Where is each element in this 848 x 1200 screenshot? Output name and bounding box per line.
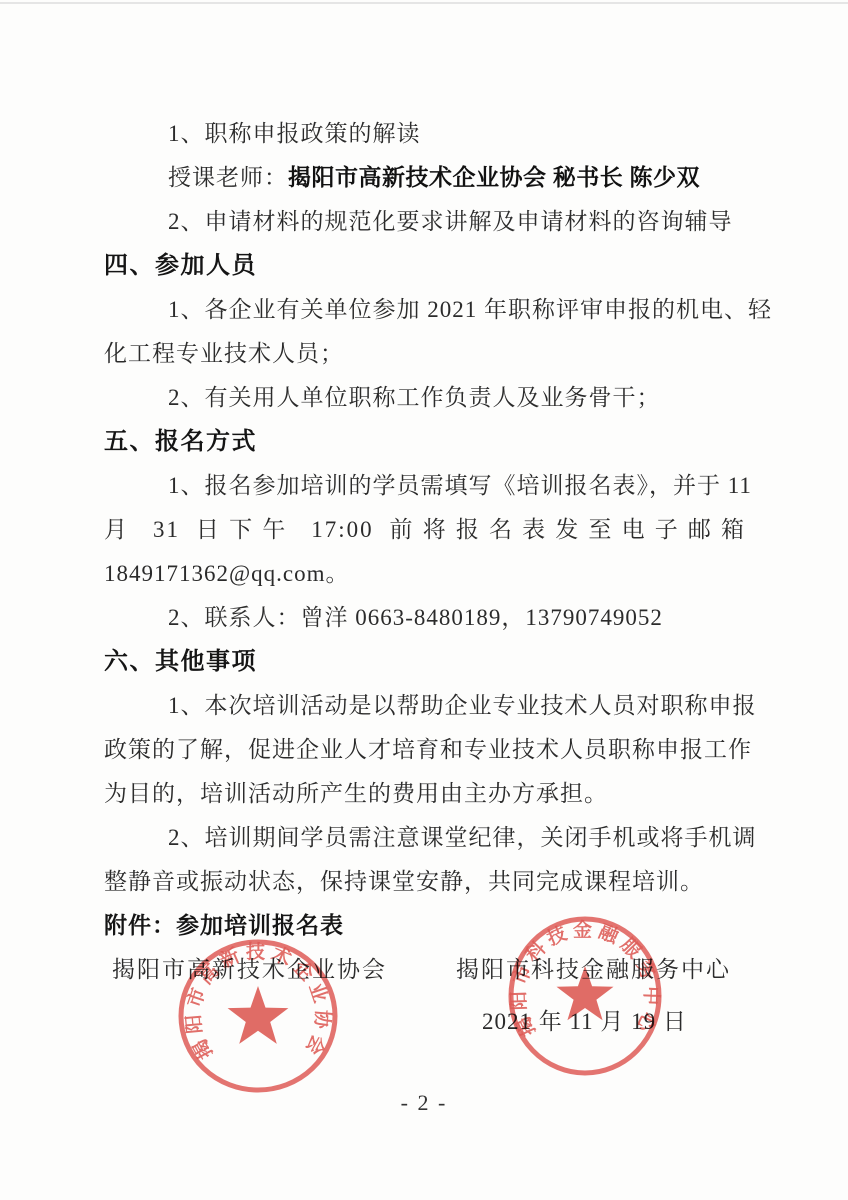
other-p1-line2: 政策的了解，促进企业人才培育和专业技术人员职称申报工作	[104, 728, 746, 772]
course-item-2: 2、申请材料的规范化要求讲解及申请材料的咨询辅导	[104, 200, 746, 244]
other-p1-line1: 1、本次培训活动是以帮助企业专业技术人员对职称申报	[104, 684, 746, 728]
section-heading-registration: 五、报名方式	[104, 420, 746, 464]
course-item-1: 1、职称申报政策的解读	[104, 112, 746, 156]
registration-p1-line2: 月 31 日下午 17:00 前将报名表发至电子邮箱	[104, 508, 746, 552]
section-heading-participants: 四、参加人员	[104, 244, 746, 288]
participants-p1-line1: 1、各企业有关单位参加 2021 年职称评审申报的机电、轻	[104, 288, 746, 332]
other-p2-line1: 2、培训期间学员需注意课堂纪律，关闭手机或将手机调	[104, 816, 746, 860]
page-number: - 2 -	[0, 1090, 848, 1116]
star-icon	[228, 986, 289, 1044]
other-p2-line2: 整静音或振动状态，保持课堂安静，共同完成课程培训。	[104, 860, 746, 904]
section-heading-other: 六、其他事项	[104, 640, 746, 684]
participants-p2: 2、有关用人单位职称工作负责人及业务骨干；	[104, 376, 746, 420]
document-body: 1、职称申报政策的解读 授课老师：揭阳市高新技术企业协会 秘书长 陈少双 2、申…	[104, 112, 746, 1044]
registration-contact-line: 2、联系人：曾洋 0663-8480189，13790749052	[104, 596, 746, 640]
teacher-line: 授课老师：揭阳市高新技术企业协会 秘书长 陈少双	[104, 156, 746, 200]
star-icon	[557, 966, 614, 1020]
registration-email-line: 1849171362@qq.com。	[104, 552, 746, 596]
registration-p1-line1: 1、报名参加培训的学员需填写《培训报名表》，并于 11	[104, 464, 746, 508]
scanned-document-page: 1、职称申报政策的解读 授课老师：揭阳市高新技术企业协会 秘书长 陈少双 2、申…	[0, 0, 848, 1200]
official-seal-right: 揭阳市科技金融服务中心	[506, 914, 664, 1080]
scan-edge-artifact	[0, 2, 848, 4]
other-p1-line3: 为目的，培训活动所产生的费用由主办方承担。	[104, 772, 746, 816]
participants-p1-line2: 化工程专业技术人员；	[104, 332, 746, 376]
official-seal-left: 揭阳市高新技术企业协会	[176, 938, 340, 1104]
teacher-label: 授课老师：	[168, 165, 288, 190]
teacher-name: 揭阳市高新技术企业协会 秘书长 陈少双	[288, 165, 700, 190]
